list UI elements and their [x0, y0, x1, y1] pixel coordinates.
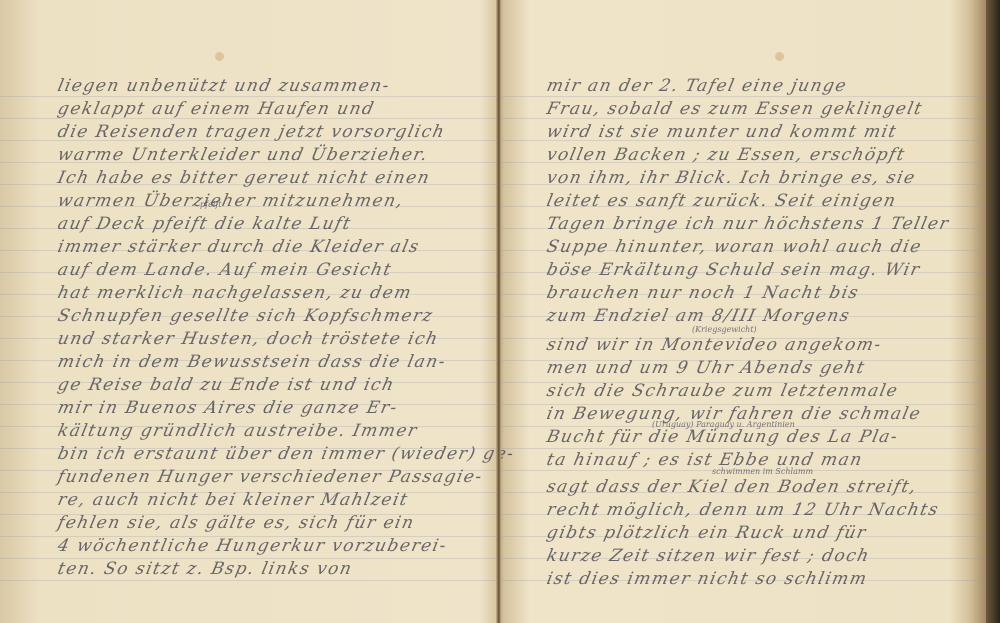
handwritten-line: geklappt auf einem Haufen und	[0, 99, 377, 119]
handwritten-line: sagt dass der Kiel den Boden streift,	[500, 477, 919, 497]
left-page: liegen unbenützt und zusammen- geklappt …	[0, 0, 496, 623]
handwritten-line: men und um 9 Uhr Abends geht	[500, 358, 867, 378]
handwritten-line: zum Endziel am 8/III Morgens	[500, 306, 852, 326]
book-edge	[986, 0, 1000, 623]
handwritten-line: kurze Zeit sitzen wir fest ; doch	[500, 546, 872, 566]
handwritten-line: liegen unbenützt und zusammen-	[0, 76, 392, 96]
interlinear-note: (Kriegsgewicht)	[692, 325, 757, 334]
notebook-spread: liegen unbenützt und zusammen- geklappt …	[0, 0, 1000, 623]
handwritten-line: leitet es sanft zurück. Seit einigen	[500, 191, 899, 211]
handwritten-line: immer stärker durch die Kleider als	[0, 237, 422, 257]
handwritten-line: auf Deck pfeift die kalte Luft	[0, 214, 353, 234]
interlinear-note: pfeift	[200, 200, 222, 209]
handwritten-line: fehlen sie, als gälte es, sich für ein	[0, 513, 417, 533]
handwritten-line: 4 wöchentliche Hungerkur vorzuberei-	[0, 536, 449, 556]
handwritten-line: fundenen Hunger verschiedener Passagie-	[0, 467, 485, 487]
handwritten-line: brauchen nur noch 1 Nacht bis	[500, 283, 861, 303]
handwritten-line: ist dies immer nicht so schlimm	[500, 569, 870, 589]
handwritten-line: warme Unterkleider und Überzieher.	[0, 145, 430, 165]
handwritten-line: auf dem Lande. Auf mein Gesicht	[0, 260, 394, 280]
handwritten-line: vollen Backen ; zu Essen, erschöpft	[500, 145, 907, 165]
handwritten-line: Ich habe es bitter gereut nicht einen	[0, 168, 432, 188]
handwritten-line: böse Erkältung Schuld sein mag. Wir	[500, 260, 923, 280]
handwritten-line: von ihm, ihr Blick. Ich bringe es, sie	[500, 168, 918, 188]
handwritten-line: Tagen bringe ich nur höchstens 1 Teller	[500, 214, 951, 234]
handwritten-line: und starker Husten, doch tröstete ich	[0, 329, 441, 349]
handwritten-line: ge Reise bald zu Ende ist und ich	[0, 375, 397, 395]
handwritten-line: ten. So sitzt z. Bsp. links von	[0, 559, 354, 579]
handwritten-line: Suppe hinunter, woran wohl auch die	[500, 237, 924, 257]
handwritten-line: recht möglich, denn um 12 Uhr Nachts	[500, 500, 941, 520]
handwritten-line: sind wir in Montevideo angekom-	[500, 335, 884, 355]
handwritten-line: Schnupfen gesellte sich Kopfschmerz	[0, 306, 435, 326]
handwritten-line: Bucht für die Mündung des La Pla-	[500, 427, 900, 447]
handwritten-line: bin ich erstaunt über den immer (wieder)…	[0, 444, 517, 464]
handwritten-line: wird ist sie munter und kommt mit	[500, 122, 899, 142]
interlinear-note: schwimmen im Schlamm	[712, 467, 813, 476]
handwritten-line: gibts plötzlich ein Ruck und für	[500, 523, 869, 543]
handwritten-line: re, auch nicht bei kleiner Mahlzeit	[0, 490, 410, 510]
handwritten-line: mich in dem Bewusstsein dass die lan-	[0, 352, 448, 372]
right-page: mir an der 2. Tafel eine junge Frau, sob…	[502, 0, 987, 623]
handwritten-line: mir in Buenos Aires die ganze Er-	[0, 398, 400, 418]
handwritten-line: kältung gründlich austreibe. Immer	[0, 421, 420, 441]
handwritten-line: die Reisenden tragen jetzt vorsorglich	[0, 122, 447, 142]
handwritten-line: Frau, sobald es zum Essen geklingelt	[500, 99, 925, 119]
handwritten-line: hat merklich nachgelassen, zu dem	[0, 283, 414, 303]
handwritten-line: sich die Schraube zum letztenmale	[500, 381, 901, 401]
handwritten-line: mir an der 2. Tafel eine junge	[500, 76, 849, 96]
